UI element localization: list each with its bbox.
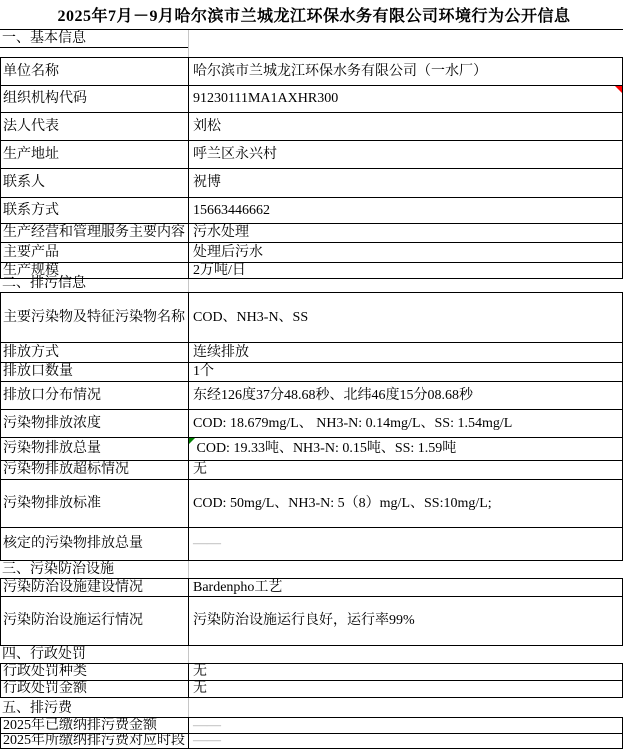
row-value-text: 哈尔滨市兰城龙江环保水务有限公司（一水厂） — [193, 64, 487, 79]
row-value-text: 2万吨/日 — [193, 263, 246, 278]
table-row: 生产规模2万吨/日 — [0, 262, 623, 278]
section-row: 三、污染防治设施 — [0, 560, 623, 578]
row-value: 无 — [189, 681, 622, 697]
row-label: 组织机构代码 — [1, 86, 189, 112]
row-value: COD: 19.33吨、NH3-N: 0.15吨、SS: 1.59吨 — [189, 438, 622, 460]
table-row: 污染物排放浓度COD: 18.679mg/L、 NH3-N: 0.14mg/L、… — [0, 409, 623, 437]
row-value: 东经126度37分48.68秒、北纬46度15分08.68秒 — [189, 382, 622, 409]
row-value-text: 刘松 — [193, 119, 221, 134]
red-comment-triangle-icon — [615, 86, 622, 93]
row-label: 单位名称 — [1, 58, 189, 85]
row-value: Bardenpho工艺 — [189, 579, 622, 596]
row-value-text: COD: 18.679mg/L、 NH3-N: 0.14mg/L、SS: 1.5… — [193, 416, 512, 431]
table-row: 组织机构代码91230111MA1AXHR300 — [0, 85, 623, 112]
row-value: —— — [189, 718, 622, 733]
row-value: COD、NH3-N、SS — [189, 293, 622, 342]
table-row: 污染物排放标准COD: 50mg/L、NH3-N: 5（8）mg/L、SS:10… — [0, 479, 623, 527]
row-value-text: 污水处理 — [193, 225, 249, 240]
row-value: 刘松 — [189, 113, 622, 140]
row-value-text: COD、NH3-N、SS — [193, 310, 308, 325]
table-row: 联系人祝博 — [0, 168, 623, 197]
table-row: 污染物排放超标情况无 — [0, 460, 623, 479]
row-value-text: 15663446662 — [193, 203, 270, 218]
section-row: 二、排污信息 — [0, 278, 623, 292]
row-value: 连续排放 — [189, 343, 622, 362]
row-value-text: —— — [193, 734, 221, 748]
row-value-text: 无 — [193, 664, 207, 679]
section-row: 四、行政处罚 — [0, 645, 623, 663]
row-label: 污染防治设施运行情况 — [1, 597, 189, 645]
row-label: 污染防治设施建设情况 — [1, 579, 189, 596]
row-value: 呼兰区永兴村 — [189, 141, 622, 168]
row-label: 生产经营和管理服务主要内容 — [1, 224, 189, 242]
row-value: 哈尔滨市兰城龙江环保水务有限公司（一水厂） — [189, 58, 622, 85]
row-value-text: —— — [193, 536, 221, 551]
row-label: 污染物排放标准 — [1, 480, 189, 527]
row-value-text: 祝博 — [193, 175, 221, 190]
row-value: 15663446662 — [189, 198, 622, 223]
table-row: 排放口分布情况东经126度37分48.68秒、北纬46度15分08.68秒 — [0, 381, 623, 409]
row-label: 污染物排放总量 — [1, 438, 189, 460]
row-label: 行政处罚金额 — [1, 681, 189, 697]
table-row: 主要污染物及特征污染物名称COD、NH3-N、SS — [0, 292, 623, 342]
page-title: 2025年7月－9月哈尔滨市兰城龙江环保水务有限公司环境行为公开信息 — [0, 0, 628, 29]
row-value-text: 91230111MA1AXHR300 — [193, 91, 338, 106]
row-label: 排放口数量 — [1, 363, 189, 381]
row-value-text: Bardenpho工艺 — [193, 580, 282, 595]
section-title: 五、排污费 — [0, 698, 189, 717]
row-value-text: 无 — [193, 462, 207, 477]
row-value-text: 处理后污水 — [193, 245, 263, 260]
row-value: 91230111MA1AXHR300 — [189, 86, 622, 112]
section-title: 三、污染防治设施 — [0, 561, 189, 578]
section-title: 二、排污信息 — [0, 279, 189, 292]
row-value: COD: 50mg/L、NH3-N: 5（8）mg/L、SS:10mg/L; — [189, 480, 622, 527]
row-value: 无 — [189, 461, 622, 479]
row-value: —— — [189, 528, 622, 560]
row-value-text: 1个 — [193, 364, 214, 379]
table-row: 生产经营和管理服务主要内容污水处理 — [0, 223, 623, 242]
row-value: 处理后污水 — [189, 243, 622, 262]
table-row: 污染物排放总量 COD: 19.33吨、NH3-N: 0.15吨、SS: 1.5… — [0, 437, 623, 460]
disclosure-table: 一、基本信息单位名称哈尔滨市兰城龙江环保水务有限公司（一水厂）组织机构代码912… — [0, 29, 623, 749]
row-label: 生产地址 — [1, 141, 189, 168]
row-value: COD: 18.679mg/L、 NH3-N: 0.14mg/L、SS: 1.5… — [189, 410, 622, 437]
row-value: —— — [189, 734, 622, 748]
row-value: 1个 — [189, 363, 622, 381]
table-row: 核定的污染物排放总量—— — [0, 527, 623, 560]
row-label: 排放口分布情况 — [1, 382, 189, 409]
row-label: 核定的污染物排放总量 — [1, 528, 189, 560]
row-label: 联系方式 — [1, 198, 189, 223]
table-row: 生产地址呼兰区永兴村 — [0, 140, 623, 168]
table-row: 污染防治设施建设情况Bardenpho工艺 — [0, 578, 623, 596]
row-label: 排放方式 — [1, 343, 189, 362]
row-value-text: COD: 50mg/L、NH3-N: 5（8）mg/L、SS:10mg/L; — [193, 496, 492, 511]
table-row: 单位名称哈尔滨市兰城龙江环保水务有限公司（一水厂） — [0, 57, 623, 85]
section-row: 一、基本信息 — [0, 29, 623, 57]
row-label: 污染物排放超标情况 — [1, 461, 189, 479]
table-row: 排放方式连续排放 — [0, 342, 623, 362]
section-title: 一、基本信息 — [0, 30, 189, 48]
row-label: 法人代表 — [1, 113, 189, 140]
table-row: 联系方式15663446662 — [0, 197, 623, 223]
table-row: 行政处罚金额无 — [0, 680, 623, 697]
row-label: 联系人 — [1, 169, 189, 197]
table-row: 主要产品处理后污水 — [0, 242, 623, 262]
row-value: 污染防治设施运行良好，运行率99% — [189, 597, 622, 645]
row-label: 2025年已缴纳排污费金额 — [1, 718, 189, 733]
table-row: 排放口数量1个 — [0, 362, 623, 381]
table-row: 污染防治设施运行情况污染防治设施运行良好，运行率99% — [0, 596, 623, 645]
row-value-text: 连续排放 — [193, 345, 249, 360]
row-label: 2025年所缴纳排污费对应时段 — [1, 734, 189, 748]
green-comment-triangle-icon — [189, 438, 195, 444]
row-value-text: 东经126度37分48.68秒、北纬46度15分08.68秒 — [193, 388, 473, 403]
table-row: 行政处罚种类无 — [0, 663, 623, 680]
table-row: 2025年所缴纳排污费对应时段—— — [0, 733, 623, 749]
row-value: 祝博 — [189, 169, 622, 197]
section-row: 五、排污费 — [0, 697, 623, 717]
table-row: 法人代表刘松 — [0, 112, 623, 140]
row-value-text: COD: 19.33吨、NH3-N: 0.15吨、SS: 1.59吨 — [193, 441, 456, 456]
row-label: 行政处罚种类 — [1, 664, 189, 680]
row-value-text: 无 — [193, 681, 207, 696]
table-row: 2025年已缴纳排污费金额—— — [0, 717, 623, 733]
row-value: 无 — [189, 664, 622, 680]
disclosure-document: 2025年7月－9月哈尔滨市兰城龙江环保水务有限公司环境行为公开信息 一、基本信… — [0, 0, 628, 749]
section-title: 四、行政处罚 — [0, 646, 189, 663]
row-label: 主要污染物及特征污染物名称 — [1, 293, 189, 342]
row-label: 污染物排放浓度 — [1, 410, 189, 437]
row-value-text: 呼兰区永兴村 — [193, 147, 277, 162]
row-label: 主要产品 — [1, 243, 189, 262]
row-value: 污水处理 — [189, 224, 622, 242]
row-value-text: 污染防治设施运行良好，运行率99% — [193, 613, 415, 628]
row-value: 2万吨/日 — [189, 263, 622, 278]
row-value-text: —— — [193, 718, 221, 733]
